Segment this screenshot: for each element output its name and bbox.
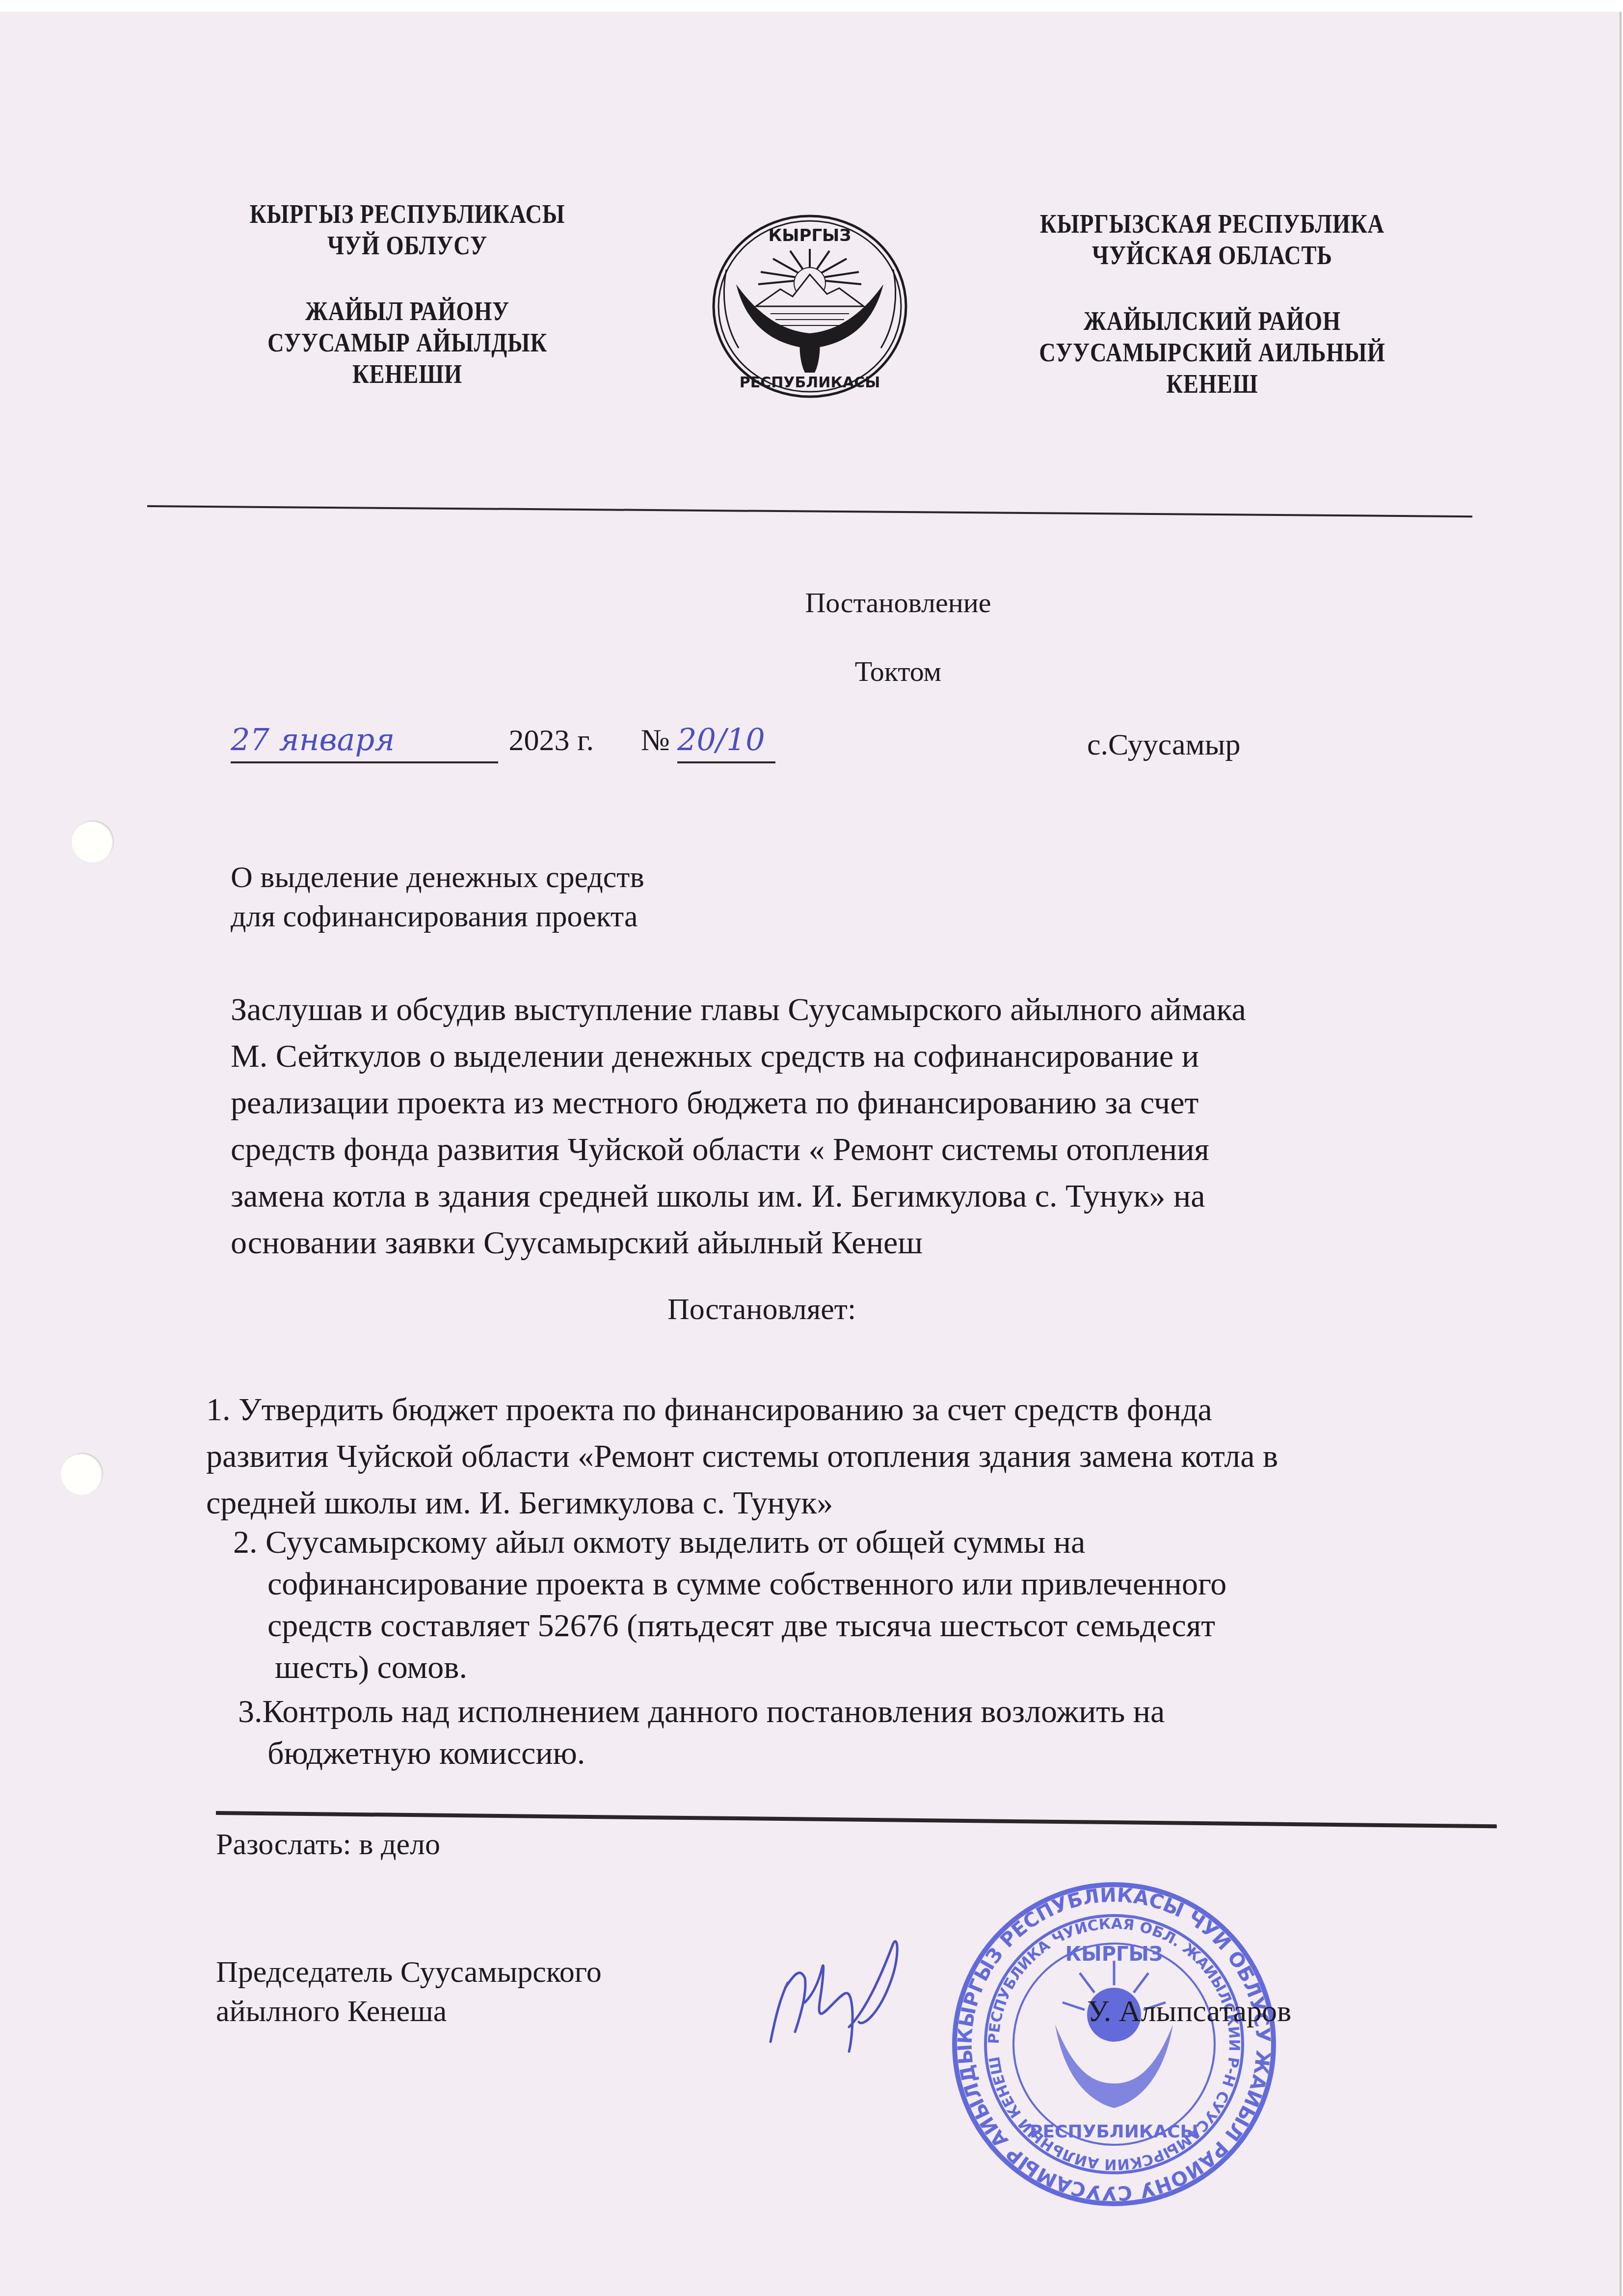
- handwritten-signature-icon: [766, 1929, 923, 2056]
- item-1-line: развития Чуйской области «Ремонт системы…: [206, 1435, 1278, 1478]
- number-field: 20/10: [677, 719, 775, 763]
- header-right-line: ЖАЙЫЛСКИЙ РАЙОН: [980, 305, 1444, 337]
- document-page: КЫРГЫЗ РЕСПУБЛИКАСЫ ЧУЙ ОБЛУСУ ЖАЙЫЛ РАЙ…: [0, 12, 1622, 2296]
- header-left-line: КЕНЕШИ: [196, 358, 618, 390]
- document-title-ky: Токтом: [0, 655, 1623, 688]
- distribution-note: Разослать: в дело: [216, 1823, 440, 1865]
- item-2-line: шесть) сомов.: [275, 1647, 467, 1689]
- emblem-top-text: КЫРГЫЗ: [769, 226, 851, 245]
- preamble-line: основании заявки Суусамырский айылный Ке…: [231, 1222, 923, 1264]
- preamble-line: средств фонда развития Чуйской области «…: [231, 1129, 1209, 1171]
- preamble-line: замена котла в здания средней школы им. …: [231, 1175, 1205, 1217]
- resolves-heading: Постановляет:: [667, 1288, 856, 1330]
- subject-line-1: О выделение денежных средств: [231, 856, 644, 898]
- header-divider: [147, 505, 1472, 517]
- signatory-name: У. Алыпсатаров: [1087, 1990, 1291, 2032]
- item-1-line: 1. Утвердить бюджет проекта по финансиро…: [206, 1389, 1212, 1431]
- punch-hole-top: [72, 820, 114, 863]
- document-title-ru: Постановление: [0, 586, 1623, 619]
- item-1-line: средней школы им. И. Бегимкулова с. Туну…: [206, 1482, 833, 1524]
- place-label: с.Суусамыр: [1087, 724, 1241, 766]
- item-2-line: софинансирование проекта в сумме собстве…: [267, 1563, 1226, 1605]
- signatory-position-line-1: Председатель Суусамырского: [216, 1951, 602, 1993]
- header-left-line: ЧУЙ ОБЛУСУ: [196, 230, 618, 261]
- header-right-russian: КЫРГЫЗСКАЯ РЕСПУБЛИКА ЧУЙСКАЯ ОБЛАСТЬ ЖА…: [980, 208, 1444, 400]
- preamble-line: М. Сейткулов о выделении денежных средст…: [231, 1035, 1199, 1078]
- handwritten-date: 27 января: [231, 722, 395, 757]
- preamble-line: Заслушав и обсудив выступление главы Суу…: [231, 989, 1246, 1031]
- header-left-line: СУУСАМЫР АЙЫЛДЫК: [196, 327, 618, 358]
- subject-line-2: для софинансирования проекта: [231, 895, 638, 938]
- handwritten-number: 20/10: [677, 722, 765, 757]
- year-label: 2023 г.: [509, 724, 594, 757]
- emblem-bottom-text: РЕСПУБЛИКАСЫ: [740, 374, 880, 391]
- header-left-line: КЫРГЫЗ РЕСПУБЛИКАСЫ: [196, 198, 618, 230]
- signatory-position-line-2: айылного Кенеша: [216, 1990, 447, 2032]
- official-round-seal-icon: КЫРГЫЗ РЕСПУБЛИКАСЫ ЧУЙ ОБЛУСУ ЖАЙЫЛ РАЙ…: [947, 1877, 1281, 2211]
- item-2-line: 2. Суусамырскому айыл окмоту выделить от…: [233, 1521, 1085, 1564]
- header-right-line: СУУСАМЫРСКИЙ АИЛЬНЫЙ: [980, 337, 1444, 368]
- document-meta-line: 27 января 2023 г. № 20/10: [231, 719, 775, 763]
- preamble-line: реализации проекта из местного бюджета п…: [231, 1082, 1198, 1124]
- punch-hole-bottom: [61, 1453, 103, 1495]
- number-prefix: №: [640, 724, 669, 757]
- date-field: 27 января: [231, 719, 498, 763]
- header-left-line: ЖАЙЫЛ РАЙОНУ: [196, 296, 618, 327]
- item-3-line: 3.Контроль над исполнением данного поста…: [238, 1691, 1165, 1733]
- kyrgyz-state-emblem-icon: КЫРГЫЗ РЕСПУБЛИКАСЫ: [707, 211, 913, 402]
- header-right-line: КЕНЕШ: [980, 368, 1444, 400]
- seal-center-top: КЫРГЫЗ: [1065, 1943, 1163, 1966]
- header-right-line: КЫРГЫЗСКАЯ РЕСПУБЛИКА: [980, 208, 1444, 240]
- header-left-kyrgyz: КЫРГЫЗ РЕСПУБЛИКАСЫ ЧУЙ ОБЛУСУ ЖАЙЫЛ РАЙ…: [196, 198, 618, 390]
- header-right-line: ЧУЙСКАЯ ОБЛАСТЬ: [980, 240, 1444, 271]
- item-3-line: бюджетную комиссию.: [267, 1732, 585, 1775]
- seal-center-bottom: РЕСПУБЛИКАСЫ: [1030, 2122, 1198, 2142]
- item-2-line: средств составляет 52676 (пятьдесят две …: [267, 1605, 1215, 1647]
